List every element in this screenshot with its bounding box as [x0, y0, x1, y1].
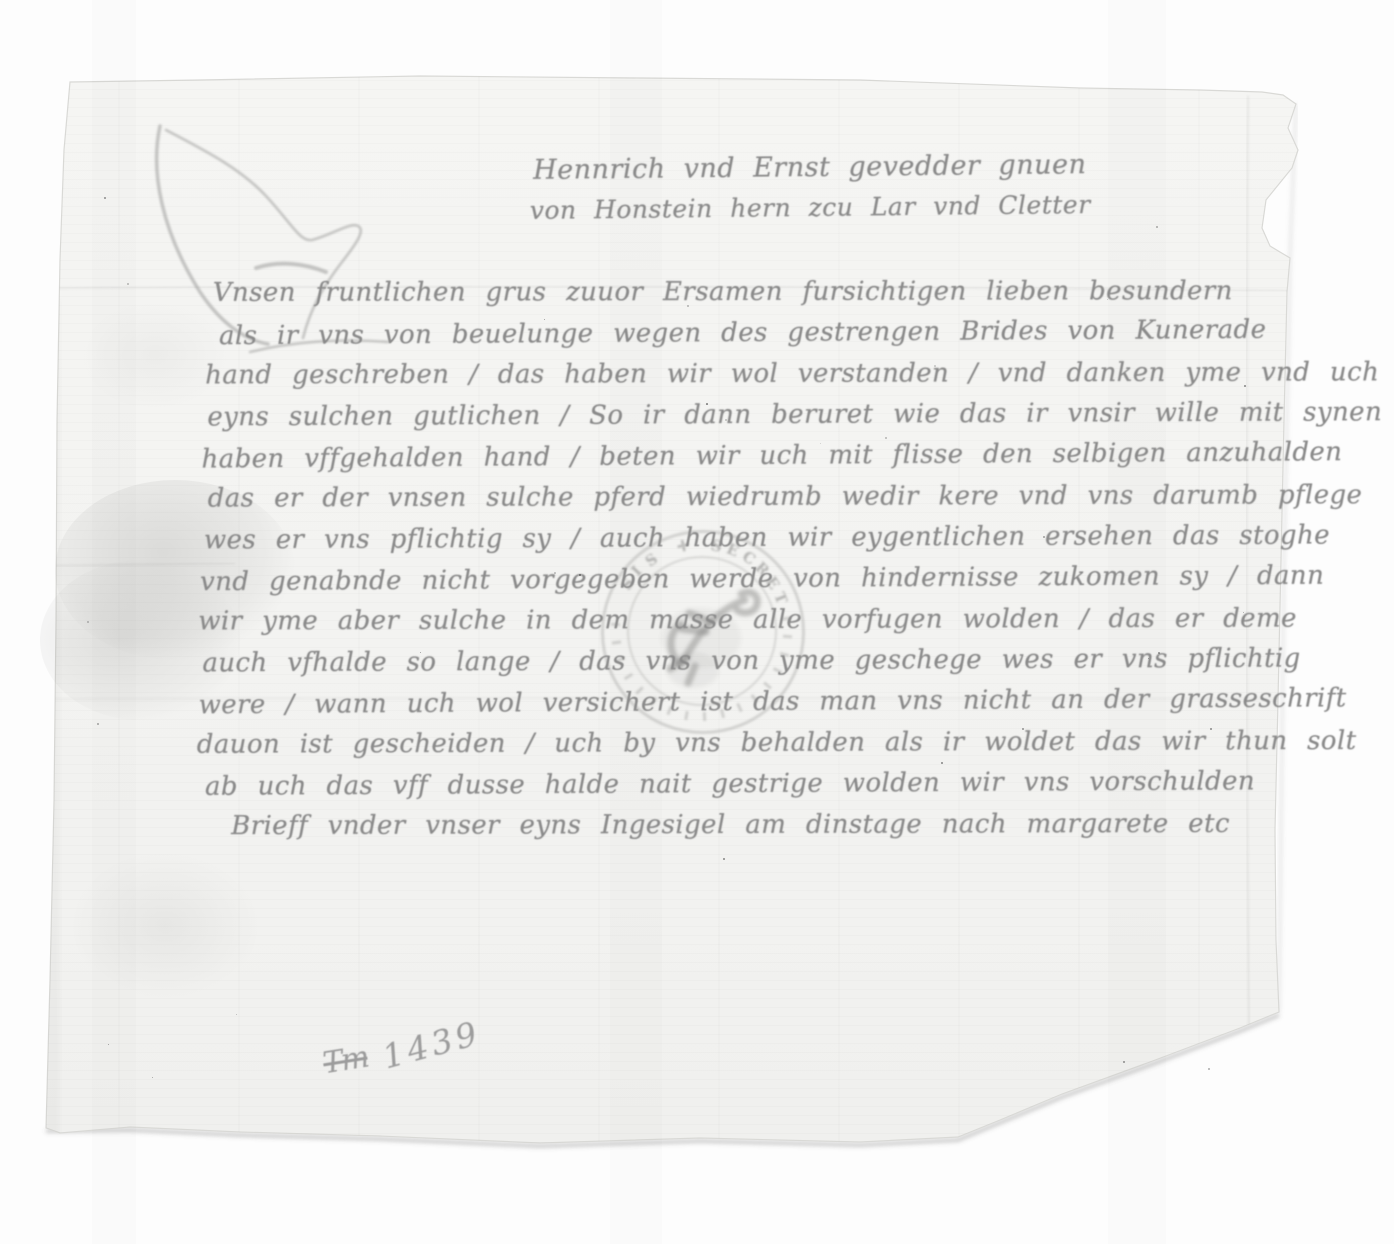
manuscript-line: Vnsen fruntlichen grus zuuor Ersamen fur…: [213, 271, 1277, 314]
manuscript-line: wir yme aber sulche in dem masse alle vo…: [198, 599, 1278, 643]
manuscript-line: als ir vns von beuelunge wegen des gestr…: [219, 310, 1277, 357]
heading-line-1: Hennrich vnd Ernst gevedder gnuen: [520, 145, 1100, 191]
manuscript-line: das er der vnsen sulche pferd wiedrumb w…: [208, 475, 1278, 519]
manuscript-line: eyns sulchen gutlichen / So ir dann beru…: [207, 393, 1277, 439]
manuscript-line: dauon ist gescheiden / uch by vns behald…: [197, 721, 1279, 766]
manuscript-line: ab uch das vff dusse halde nait gestrige…: [205, 761, 1279, 808]
manuscript-line: hand geschreben / das haben wir wol vers…: [205, 353, 1277, 397]
heading-line-2: von Honstein hern zcu Lar vnd Cletter: [520, 185, 1100, 231]
manuscript-line: vnd genabnde nicht vorgegeben werde von …: [200, 556, 1278, 603]
manuscript-line: were / wann uch wol versichert ist das m…: [199, 679, 1279, 727]
letter-body: Vnsen fruntlichen grus zuuor Ersamen fur…: [197, 270, 1279, 849]
manuscript-line: auch vfhalde so lange / das vns von yme …: [202, 639, 1278, 685]
letter-heading: Hennrich vnd Ernst gevedder gnuen von Ho…: [520, 145, 1101, 231]
manuscript-line: Brieff vnder vnser eyns Ingesigel am din…: [231, 804, 1279, 847]
manuscript-line: haben vffgehalden hand / beten wir uch m…: [201, 433, 1277, 481]
scanned-letter: SIS✛SECRET Hennrich vnd Ernst gevedder g…: [0, 0, 1394, 1244]
crossed-out-word: Tm: [321, 1040, 370, 1082]
manuscript-line: wes er vns pflichtig sy / auch haben wir…: [204, 516, 1278, 562]
